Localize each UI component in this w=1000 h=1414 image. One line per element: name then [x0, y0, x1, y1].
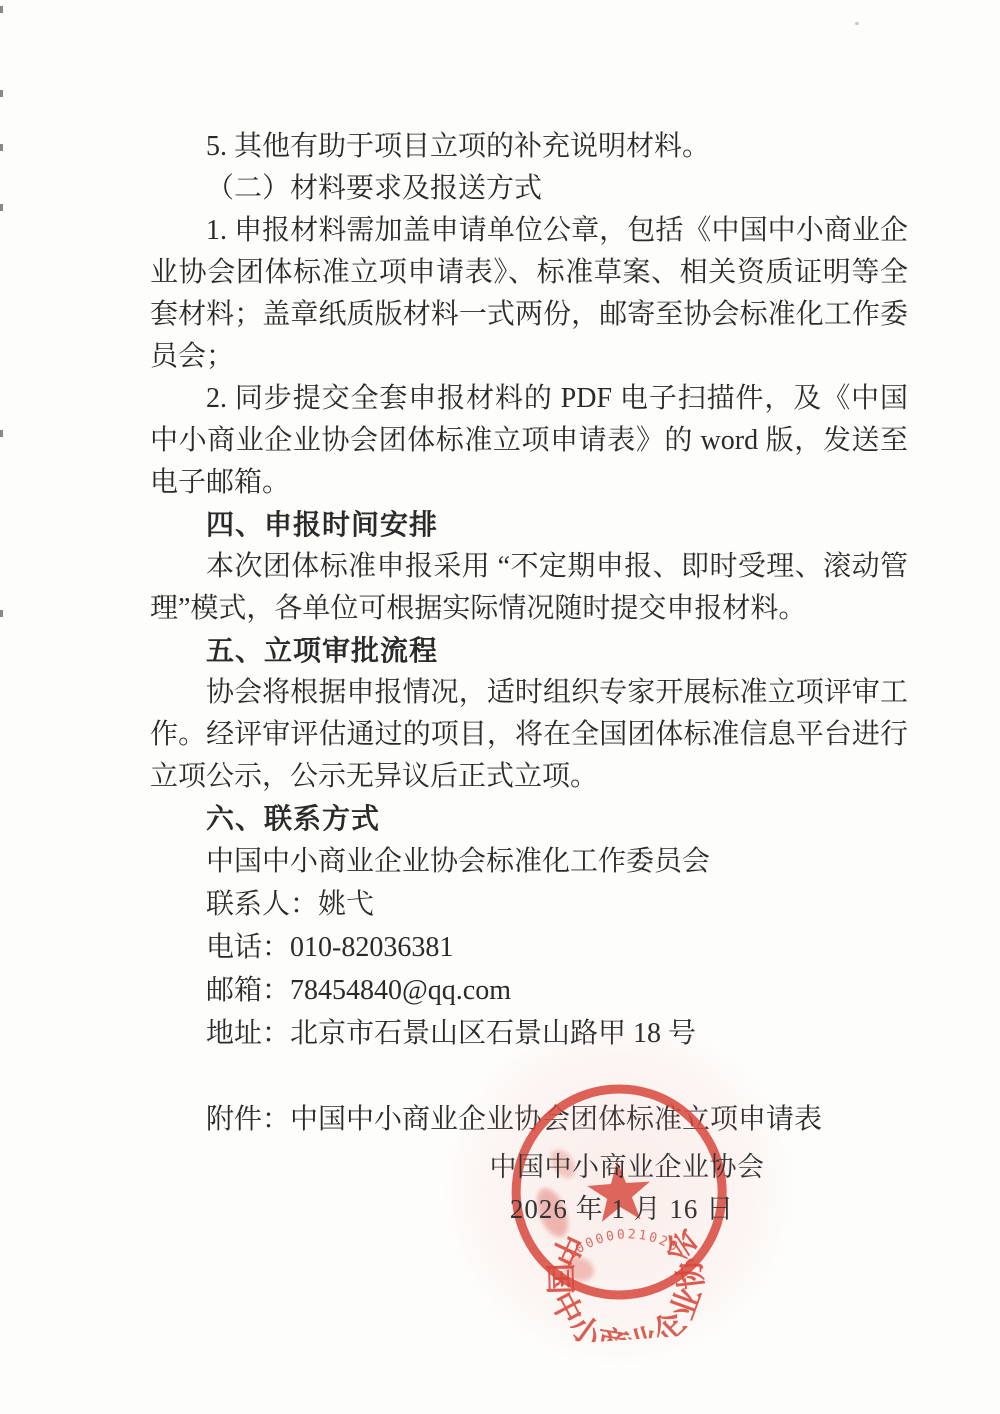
- contact-email: 邮箱：78454840@qq.com: [150, 969, 908, 1012]
- scan-speck: [855, 22, 859, 25]
- contact-org: 中国中小商业企业协会标准化工作委员会: [150, 840, 908, 883]
- scanned-document-page: { "colors": { "page_bg": "#fdfdfb", "tex…: [0, 0, 1000, 1414]
- paragraph-material-2: 2. 同步提交全套申报材料的 PDF 电子扫描件，及《中国中小商业企业协会团体标…: [150, 378, 908, 504]
- signature-organization: 中国中小商业企业协会: [452, 1150, 802, 1184]
- section-5-paragraph: 协会将根据申报情况，适时组织专家开展标准立项评审工作。经评审评估通过的项目，将在…: [150, 672, 908, 798]
- section-5-heading: 五、立项审批流程: [150, 630, 908, 672]
- scan-artifact: [0, 430, 3, 437]
- section-4-heading: 四、申报时间安排: [150, 504, 908, 546]
- scan-artifact: [0, 610, 3, 617]
- scan-artifact: [0, 144, 3, 151]
- sub-heading-material-requirements: （二）材料要求及报送方式: [150, 168, 908, 210]
- scan-artifact: [0, 90, 3, 97]
- signature-date: 2026 年 1 月 16 日: [452, 1192, 792, 1226]
- document-body: 5. 其他有助于项目立项的补充说明材料。 （二）材料要求及报送方式 1. 申报材…: [150, 126, 908, 1141]
- contact-phone: 电话：010-82036381: [150, 926, 908, 969]
- section-4-paragraph: 本次团体标准申报采用 “不定期申报、即时受理、滚动管理”模式，各单位可根据实际情…: [150, 546, 908, 630]
- paragraph-material-1: 1. 申报材料需加盖申请单位公章，包括《中国中小商业企业协会团体标准立项申请表》…: [150, 210, 908, 378]
- contact-person: 联系人：姚弋: [150, 883, 908, 926]
- list-item-5: 5. 其他有助于项目立项的补充说明材料。: [150, 126, 908, 168]
- contact-block: 中国中小商业企业协会标准化工作委员会 联系人：姚弋 电话：010-8203638…: [150, 840, 908, 1055]
- section-6-heading: 六、联系方式: [150, 798, 908, 840]
- scan-artifact: [0, 6, 3, 13]
- scan-artifact: [0, 204, 3, 211]
- official-red-seal: 中国中小商业企业协会 1100000210204: [459, 1030, 779, 1350]
